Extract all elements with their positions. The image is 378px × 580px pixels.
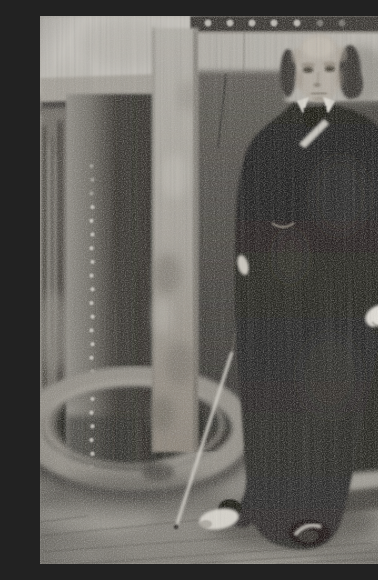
- photo-root: Black-and-white photograph of a balding …: [40, 16, 378, 564]
- film-grain-overlay: [40, 16, 378, 564]
- photograph-canvas: [40, 16, 378, 564]
